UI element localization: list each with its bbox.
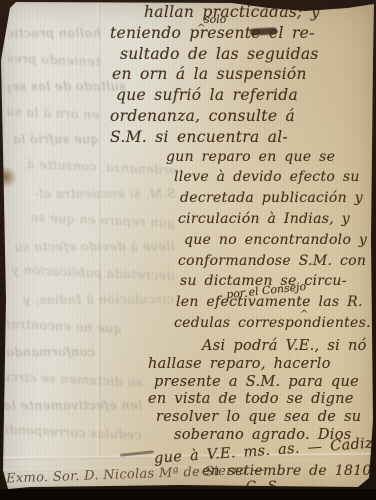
bleed-through-line: conformandose S.M. con bbox=[3, 344, 95, 371]
manuscript-line: ordenanza, consulte á bbox=[104, 107, 372, 128]
manuscript-line: circulación à Indias, y bbox=[104, 211, 372, 232]
manuscript-line: en vista de todo se digne bbox=[104, 391, 372, 409]
manuscript-line: lleve à devido efecto su bbox=[104, 169, 372, 190]
interlinear-insertion-solo: solo bbox=[204, 13, 226, 26]
manuscript-paper: hallan practicadas; yteniendo presente e… bbox=[0, 0, 376, 490]
bleed-through-line: que sufrió la referida bbox=[7, 131, 99, 158]
manuscript-line: sultado de las seguidas bbox=[104, 45, 372, 66]
ink-blot bbox=[250, 27, 277, 35]
manuscript-line: cedulas correspondientes. bbox=[104, 315, 372, 336]
manuscript-lines: hallan practicadas; y teniendo presente … bbox=[104, 3, 372, 497]
bleed-through-line: hallan practicadas; y bbox=[8, 25, 100, 52]
manuscript-line: hallase reparo, hacerlo bbox=[104, 356, 372, 374]
caret-mark: ^ bbox=[300, 309, 308, 320]
manuscript-line: conformandose S.M. con bbox=[104, 253, 372, 274]
manuscript-text-column: hallan practicadas; y teniendo presente … bbox=[104, 3, 372, 497]
manuscript-line: gun reparo en que se bbox=[104, 149, 372, 170]
manuscript-line: hallan practicadas; y bbox=[104, 3, 372, 24]
manuscript-line: en orn á la suspensión bbox=[104, 65, 372, 86]
manuscript-line: resolver lo que sea de su bbox=[104, 409, 372, 427]
bleed-through-line: teniendo presente el re- bbox=[8, 50, 101, 80]
manuscript-line: decretada publicación y bbox=[104, 190, 372, 211]
manuscript-line: Asi podrá V.E., si nó bbox=[104, 338, 372, 356]
manuscript-line: teniendo presente el re- bbox=[104, 24, 372, 45]
manuscript-line: S.M. si encuentra al- bbox=[104, 128, 372, 149]
manuscript-line: presente a S.M. para que bbox=[104, 374, 372, 392]
manuscript-line: que sufrió la referida bbox=[104, 86, 372, 107]
manuscript-photo: hallan practicadas; yteniendo presente e… bbox=[0, 0, 376, 500]
caret-mark: ^ bbox=[197, 23, 205, 34]
bleed-through-line: en orn á la suspensión bbox=[7, 103, 100, 133]
manuscript-line: que no encontrandolo y bbox=[104, 232, 372, 253]
